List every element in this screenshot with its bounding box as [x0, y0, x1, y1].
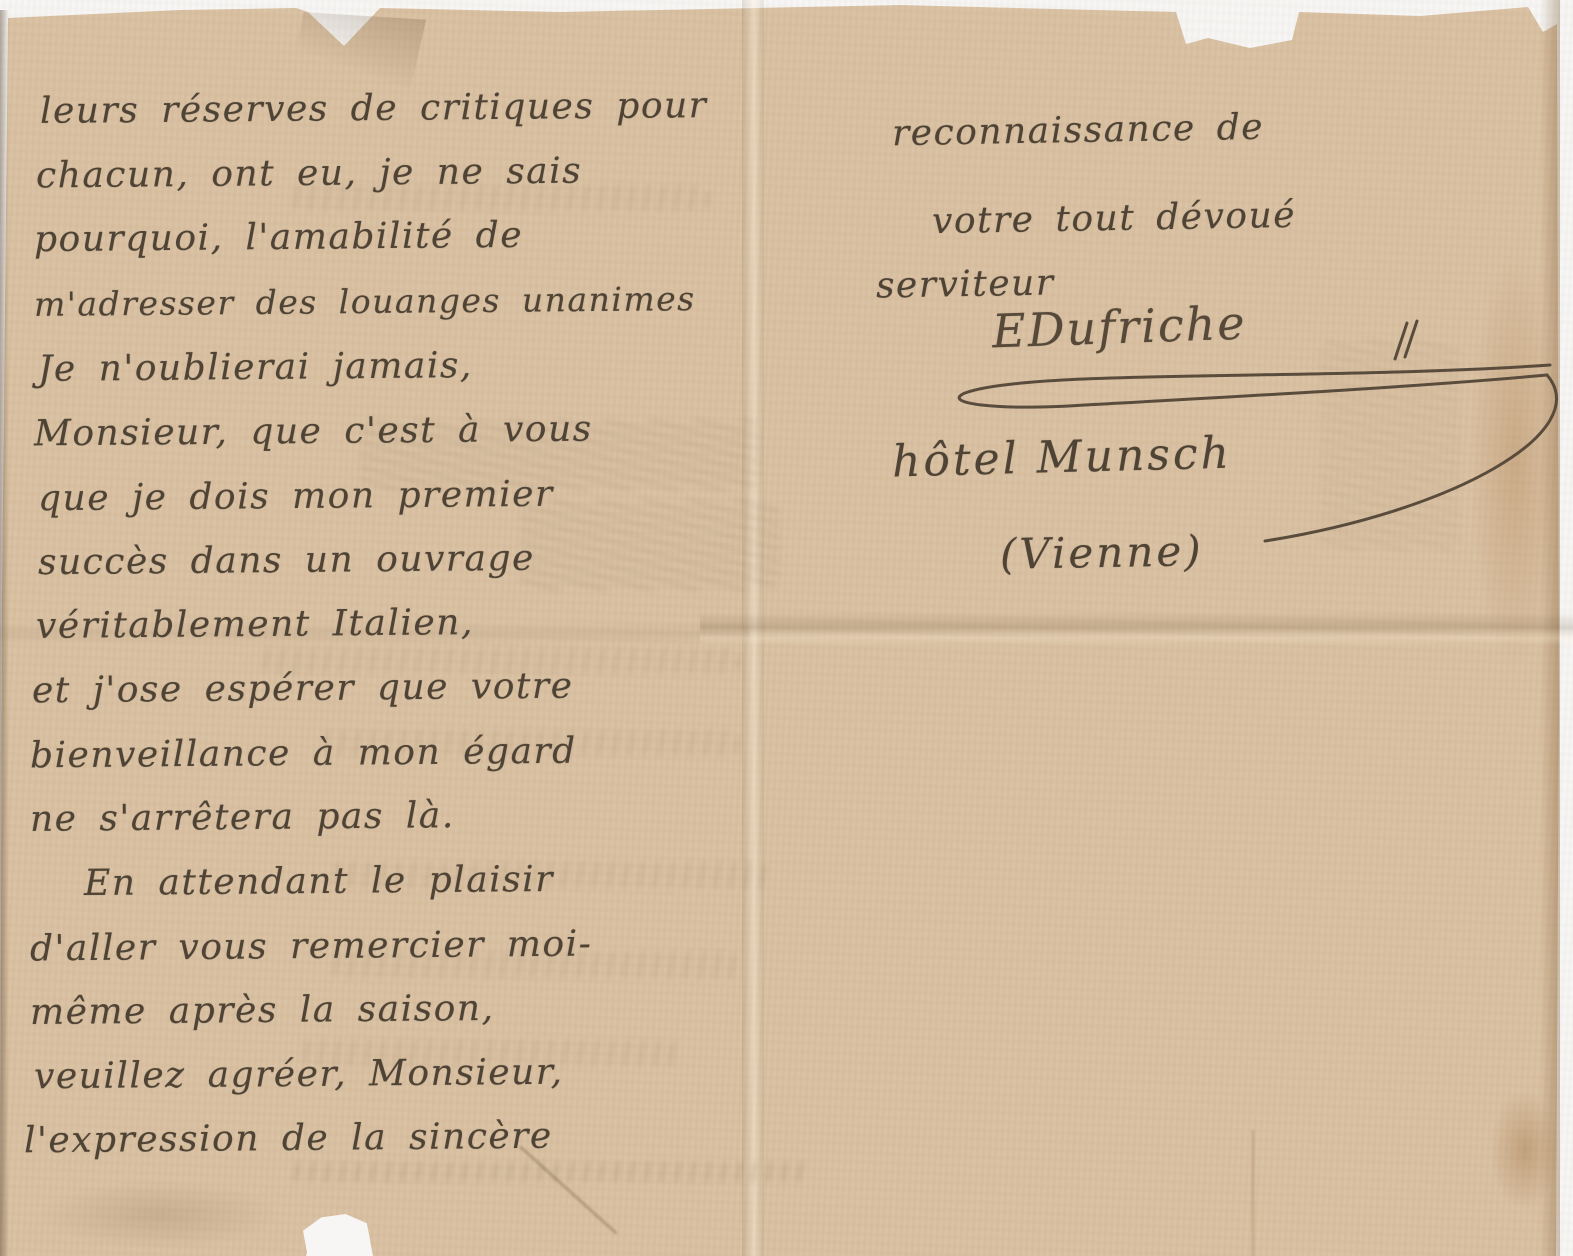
letter-line: Je n'oublierai jamais,: [38, 345, 473, 390]
stain-bottom-right: [1490, 1090, 1560, 1210]
letter-line: pourquoi, l'amabilité de: [34, 215, 523, 260]
letter-line: bienveillance à mon égard: [30, 731, 577, 777]
letter-line: véritablement Italien,: [36, 602, 474, 647]
letter-line: Monsieur, que c'est à vous: [34, 409, 593, 455]
letter-line: que je dois mon premier: [38, 474, 554, 519]
letter-scan: leurs réserves de critiques pour chacun,…: [0, 0, 1573, 1256]
horizontal-fold-crease-right: [700, 612, 1573, 646]
hotel-line: hôtel Munsch: [891, 428, 1232, 488]
letter-line: leurs réserves de critiques pour: [40, 85, 708, 132]
letter-line: m'adresser des louanges unanimes: [34, 279, 696, 324]
letter-line: votre tout dévoué: [932, 195, 1297, 242]
letter-line: chacun, ont eu, je ne sais: [36, 151, 582, 197]
letter-line: l'expression de la sincère: [24, 1116, 553, 1162]
letter-line: succès dans un ouvrage: [38, 538, 535, 583]
stain-bottom-left: [40, 1180, 280, 1250]
letter-line: reconnaissance de: [892, 107, 1265, 154]
letter-line: d'aller vous remercier moi-: [30, 924, 593, 970]
city-line: (Vienne): [1000, 526, 1204, 579]
letter-line: veuillez agréer, Monsieur,: [34, 1052, 564, 1098]
crease-bottom-right: [1252, 1130, 1254, 1256]
signature-flourish: [935, 295, 1565, 555]
letter-line: En attendant le plaisir: [84, 859, 554, 904]
letter-line: ne s'arrêtera pas là.: [30, 795, 455, 840]
letter-line: même après la saison,: [30, 988, 495, 1033]
letter-line: et j'ose espérer que votre: [32, 666, 574, 712]
